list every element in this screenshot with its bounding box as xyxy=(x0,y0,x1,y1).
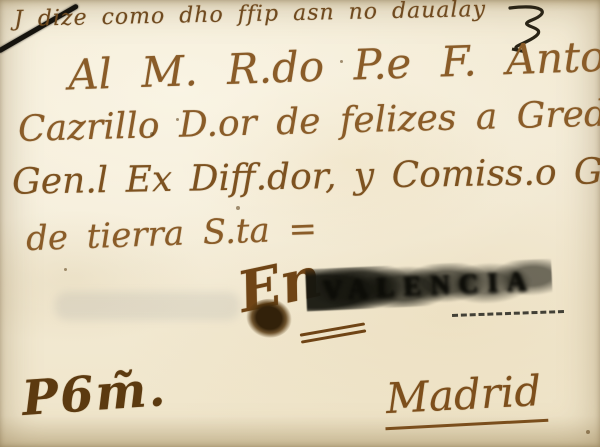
destination-name: Madrid xyxy=(383,366,549,430)
letter-cover-scan: J dize como dho ffip asn no daualay Al M… xyxy=(0,0,600,447)
postal-rate-marking: P6m̃. xyxy=(20,361,169,427)
paper-showthrough-smudge xyxy=(55,292,240,320)
postmark-text: VALENCIA xyxy=(322,265,536,305)
